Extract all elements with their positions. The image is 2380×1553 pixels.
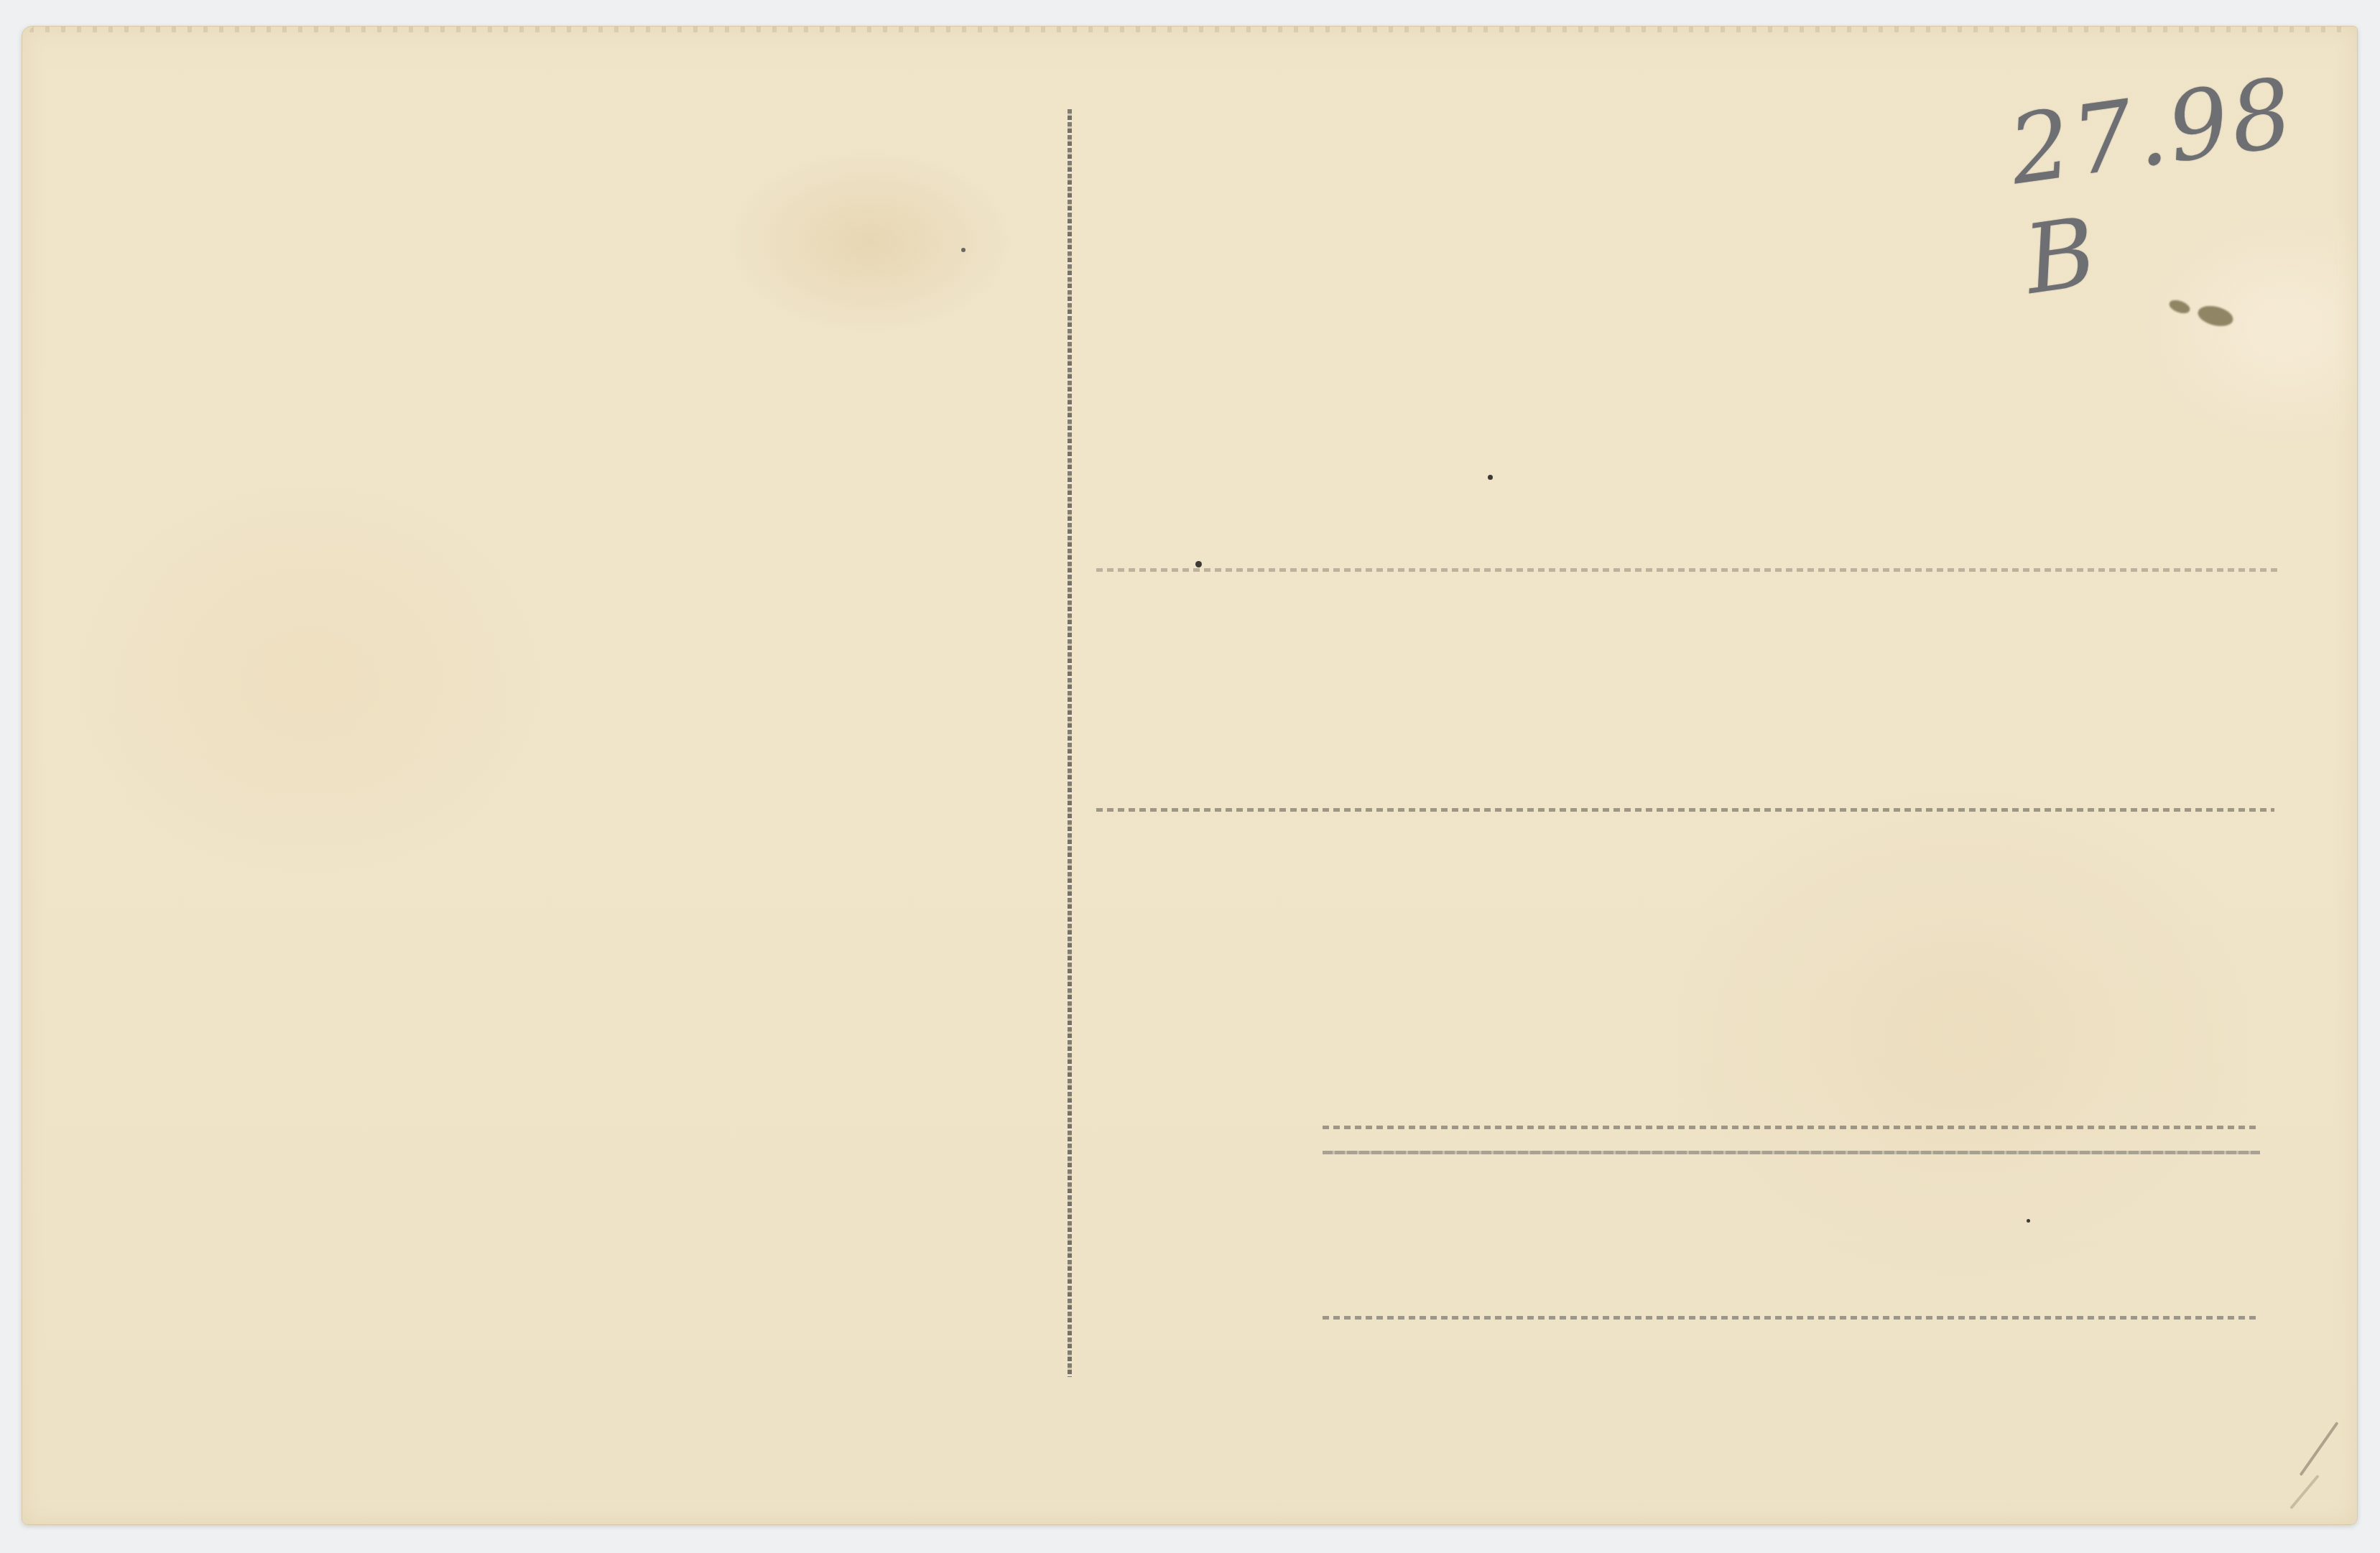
postcard-center-divider <box>1068 109 1072 1377</box>
corner-crease <box>2300 1422 2339 1476</box>
stain-mark <box>2196 302 2236 329</box>
postcard-back: 27.98 B <box>22 26 2358 1525</box>
address-line-1 <box>1096 568 2282 572</box>
address-line-3 <box>1323 1126 2260 1129</box>
address-line-3-underline <box>1323 1151 2260 1154</box>
address-line-2 <box>1096 808 2274 812</box>
speck <box>1195 561 1202 567</box>
handwritten-catalog-number: 27.98 B <box>2003 52 2353 316</box>
stain-mark <box>2167 297 2192 315</box>
edge-wear <box>29 27 2350 32</box>
speck <box>1488 475 1493 480</box>
speck <box>961 248 966 252</box>
address-line-4 <box>1323 1316 2260 1320</box>
speck <box>2027 1219 2030 1223</box>
corner-crease <box>2289 1475 2320 1510</box>
